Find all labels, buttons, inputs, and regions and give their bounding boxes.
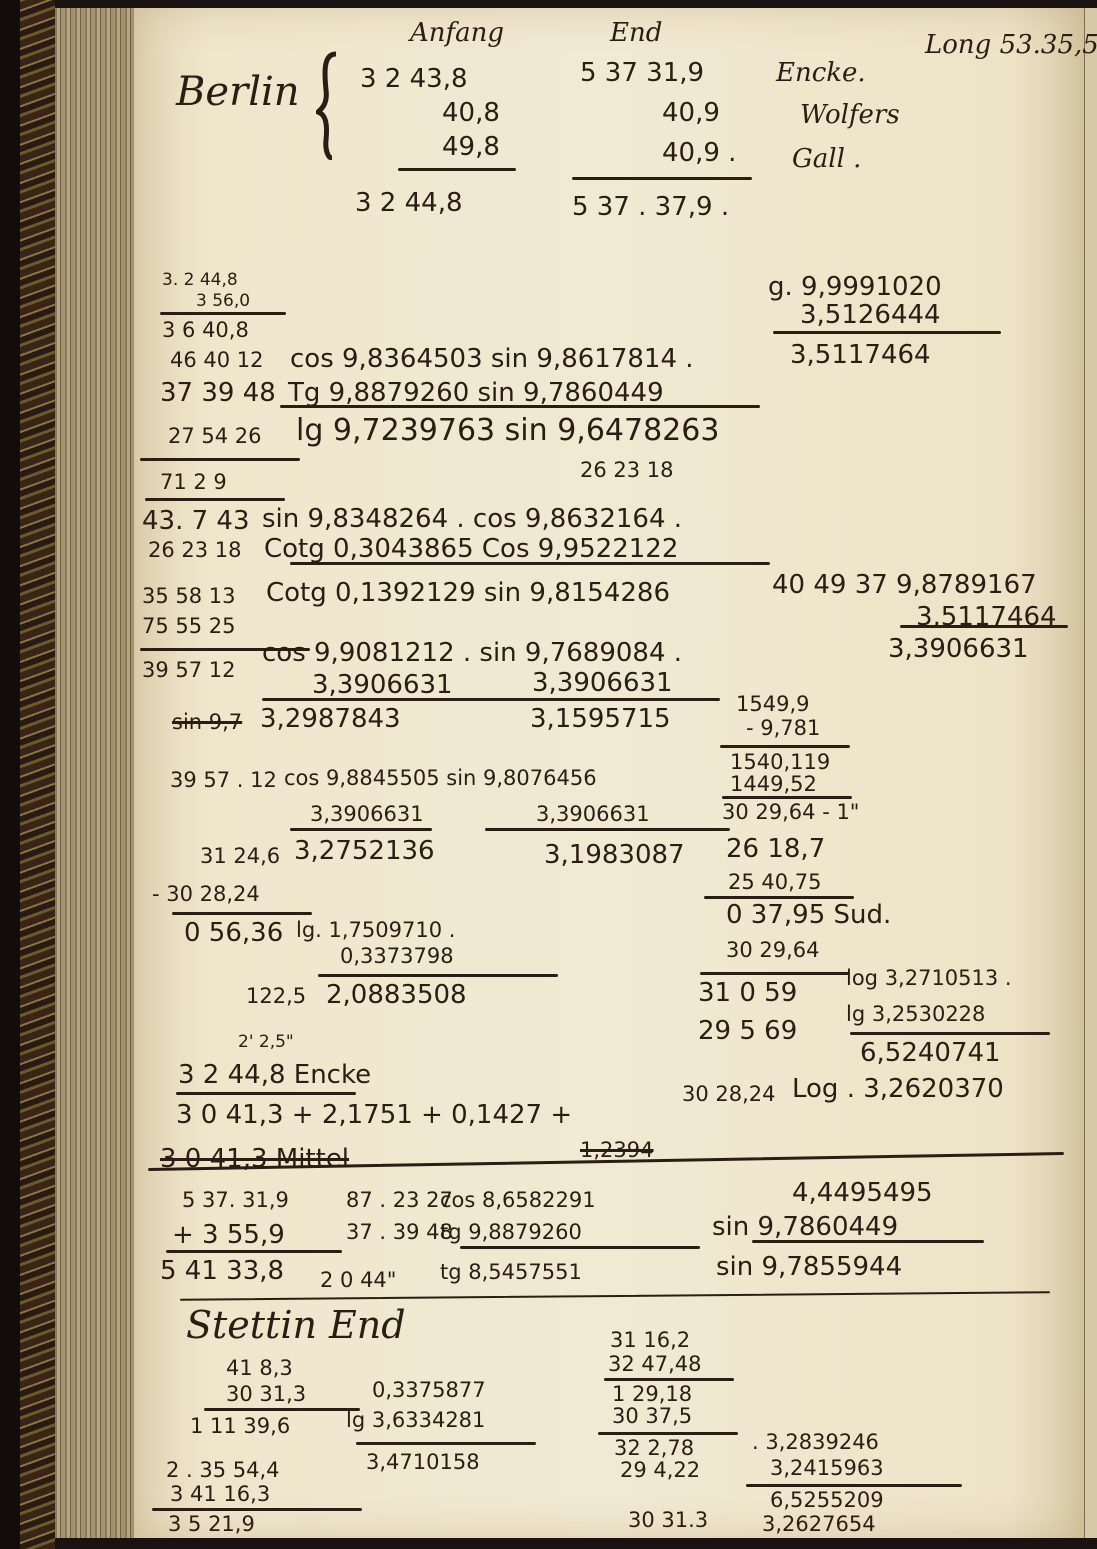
calc-line: 5 37. 31,9 [182,1190,289,1211]
rule [598,1432,738,1435]
end-time-3: 40,9 . [662,140,736,166]
calc-line: 30 29,64 - 1" [722,802,859,823]
calc-line: - 30 28,24 [152,884,260,905]
calc-row: sin 9,8348264 . cos 9,8632164 . [262,506,682,532]
calc-line: 31 16,2 [610,1330,690,1351]
end-time-1: 5 37 31,9 [580,60,704,86]
calc-line: 3,1595715 [530,706,671,732]
end-time-2: 40,9 [662,100,720,126]
calc-line: 75 55 25 [142,616,236,637]
calc-line: 0,3375877 [372,1380,486,1401]
calc-line: 1449,52 [730,774,817,795]
calc-line: 26 23 18 [148,540,242,561]
calc-line: 71 2 9 [160,472,227,493]
calc-line: 46 40 12 [170,350,264,371]
calc-line: + 3 55,9 [172,1222,285,1248]
calc-row: cos 9,8845505 sin 9,8076456 [284,768,597,789]
start-time-2: 40,8 [442,100,500,126]
rule [752,1240,984,1243]
calc-row: tg 8,5457551 [440,1262,582,1283]
calc-line: 4,4495495 [792,1180,933,1206]
rule [773,331,1001,334]
end-mean: 5 37 . 37,9 . [572,194,729,220]
calc-line: 3,1983087 [544,842,685,868]
calc-row: lg 9,7239763 sin 9,6478263 [296,416,719,446]
calc-line: 35 58 13 [142,586,236,607]
page-right-edge [1084,8,1097,1538]
rule [356,1442,536,1445]
calc-line: 3 41 16,3 [170,1484,270,1505]
start-time-1: 3 2 43,8 [360,66,468,92]
calc-line: 3,3906631 [888,636,1029,662]
calc-line: 30 31,3 [226,1384,306,1405]
calc-line: 41 8,3 [226,1358,293,1379]
calc-line: 1 11 39,6 [190,1416,290,1437]
calc-row: Tg 9,8879260 sin 9,7860449 [288,380,664,406]
calc-line: 3,2752136 [294,838,435,864]
calc-line: 0,3373798 [340,946,454,967]
rule [176,1092,356,1095]
calc-line: 30 29,64 [726,940,820,961]
col-start-label: Anfang [410,20,504,46]
calc-line: 39 57 . 12 [170,770,277,791]
calc-line: 32 47,48 [608,1354,702,1375]
rule [722,796,852,799]
rule [166,1250,342,1253]
calc-line: 122,5 [246,986,306,1007]
struck-text: 1,2394 [580,1140,653,1161]
encke-line: 3 2 44,8 Encke [178,1062,371,1088]
rule [485,828,730,831]
observer-gall: Gall . [792,146,861,172]
calc-line: 2,0883508 [326,982,467,1008]
start-mean: 3 2 44,8 [355,190,463,216]
place-berlin: Berlin [176,72,300,112]
calc-line: 1 29,18 [612,1384,692,1405]
calc-line: . 3,2839246 [752,1432,879,1453]
calc-line: 30 28,24 [682,1084,776,1105]
calc-line: 3,3906631 [310,804,424,825]
struck-text: sin 9,7 [172,712,242,733]
calc-line: lg. 1,7509710 . [296,920,455,941]
calc-row: cos 9,8364503 sin 9,8617814 . [290,346,694,372]
rule [900,625,1068,628]
brace-icon [316,50,338,160]
book-cover-edge [0,0,55,1549]
calc-line: log 3,2710513 . [846,968,1012,989]
page-edges [55,0,135,1549]
calc-line: 1540,119 [730,752,830,773]
calc-line: 3,3906631 [536,804,650,825]
calc-row: Cotg 0,3043865 Cos 9,9522122 [264,536,678,562]
calc-row: cos 8,6582291 [440,1190,596,1211]
rule [160,312,286,315]
calc-line: 31 0 59 [698,980,797,1006]
rule [700,972,850,975]
calc-row: 26 23 18 [580,460,674,481]
longitude-note: Long 53.35,5 [925,32,1097,58]
rule [262,698,462,701]
calc-line: 26 18,7 [726,836,825,862]
calc-row: cos 9,9081212 . sin 9,7689084 . [262,640,682,666]
calc-line: 3,3906631 [312,672,453,698]
rule [204,1408,360,1411]
rule [152,1508,362,1511]
rule [290,562,770,565]
calc-line: 3 6 40,8 [162,320,249,341]
rule [460,1246,700,1249]
rule [140,458,300,461]
calc-line: 39 57 12 [142,660,236,681]
calc-line: 3,3906631 [532,670,673,696]
col-end-label: End [610,20,662,46]
calc-line: 32 2,78 [614,1438,694,1459]
calc-line: lg 3,2530228 [846,1004,985,1025]
calc-line: lg 3,6334281 [346,1410,485,1431]
rule [720,745,850,748]
place-stettin: Stettin End [186,1306,406,1344]
rule [604,1378,734,1381]
start-time-3: 49,8 [442,134,500,160]
calc-line: 30 31.3 [628,1510,708,1531]
calc-line: 29 5 69 [698,1018,797,1044]
calc-row: tg 9,8879260 [440,1222,582,1243]
rule [318,974,558,977]
rule [280,405,760,408]
calc-line: 25 40,75 [728,872,822,893]
calc-line: 29 4,22 [620,1460,700,1481]
calc-line: - 9,781 [746,718,820,739]
calc-line: 0 37,95 Sud. [726,902,891,928]
calc-line: 30 37,5 [612,1406,692,1427]
calc-line: g. 9,9991020 [768,274,942,300]
calc-line: 6,5240741 [860,1040,1001,1066]
bottom-shadow [55,1538,1097,1549]
rule [850,1032,1050,1035]
rule [746,1484,962,1487]
calc-row: 40 49 37 9,8789167 [772,572,1037,598]
rule [572,177,752,180]
rule [145,498,285,501]
calc-line: 43. 7 43 [142,508,250,534]
calc-line: 0 56,36 [184,920,283,946]
rule [290,828,432,831]
rule [172,912,312,915]
top-shadow [55,0,1097,8]
calc-line: 2 . 35 54,4 [166,1460,280,1481]
calc-line: 3 56,0 [196,293,250,310]
calc-line: 3,5117464 [790,342,931,368]
calc-line: 3,5126444 [800,302,941,328]
calc-line: 2' 2,5" [238,1034,294,1051]
calc-line: 2 0 44" [320,1270,396,1291]
encke-sum-line: 3 0 41,3 + 2,1751 + 0,1427 + [176,1102,572,1128]
rule [398,168,516,171]
calc-line: 3,2987843 [260,706,401,732]
calc-line: Log . 3,2620370 [792,1076,1004,1102]
rule [460,698,720,701]
calc-line: 31 24,6 [200,846,280,867]
calc-line: 37 39 48 [160,380,276,406]
rule [704,896,854,899]
calc-line: 3,2627654 [762,1514,876,1535]
calc-line: 3,4710158 [366,1452,480,1473]
calc-line: sin 9,7860449 [712,1214,898,1240]
calc-line: 3 5 21,9 [168,1514,255,1535]
calc-line: 1549,9 [736,694,809,715]
calc-line: sin 9,7855944 [716,1254,902,1280]
calc-line: 5 41 33,8 [160,1258,284,1284]
calc-line: 3. 2 44,8 [162,272,238,289]
calc-row: Cotg 0,1392129 sin 9,8154286 [266,580,670,606]
calc-line: 6,5255209 [770,1490,884,1511]
observer-wolfers: Wolfers [800,102,900,128]
calc-line: 37 . 39 48 [346,1222,453,1243]
calc-line: 87 . 23 27 [346,1190,453,1211]
calc-line: 27 54 26 [168,426,262,447]
observer-encke: Encke. [776,60,866,86]
calc-line: 3,2415963 [770,1458,884,1479]
